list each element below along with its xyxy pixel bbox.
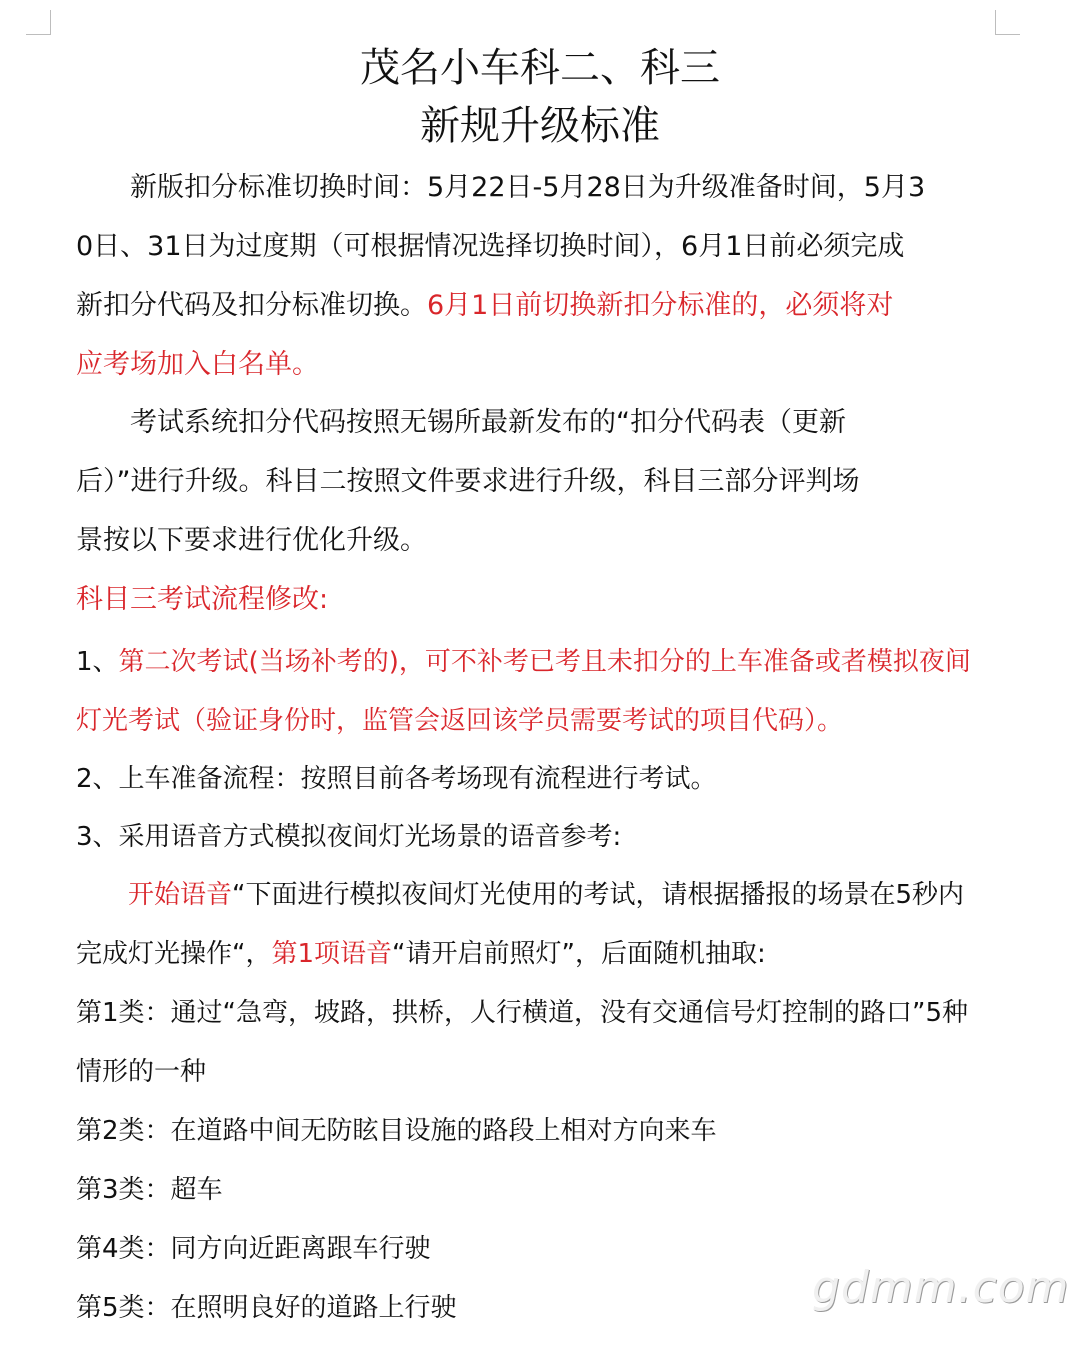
text-black: 完成灯光操作“， (76, 939, 271, 969)
category-text: 在照明良好的道路上行驶 (171, 1293, 457, 1323)
text-red-emphasis: 6月1日前切换新扣分标准的，必须将对 (427, 290, 893, 321)
page-corner-mark-top-right (995, 10, 1020, 35)
category-1-cont: 情形的一种 (76, 1051, 206, 1088)
category-text: 通过“急弯，坡路，拱桥，人行横道，没有交通信号灯控制的路口”5种 (171, 998, 968, 1028)
paragraph-line-red: 应考场加入白名单。 (76, 335, 1006, 394)
category-label: 第3类： (76, 1175, 171, 1205)
category-5: 第5类：在照明良好的道路上行驶 (76, 1287, 457, 1324)
text-black: “下面进行模拟夜间灯光使用的考试，请根据播报的场景在5秒内 (232, 880, 964, 910)
label-first-voice: 第1项语音 (271, 939, 392, 969)
list-item-number: 1、 (76, 647, 119, 677)
paragraph-line: 0日、31日为过度期（可根据情况选择切换时间），6月1日前必须完成 (76, 217, 1006, 276)
paragraph-line: 后）”进行升级。科目二按照文件要求进行升级，科目三部分评判场 (76, 452, 1006, 511)
voice-start-line: 开始语音“下面进行模拟夜间灯光使用的考试，请根据播报的场景在5秒内 (128, 874, 964, 911)
category-1: 第1类：通过“急弯，坡路，拱桥，人行横道，没有交通信号灯控制的路口”5种 (76, 992, 968, 1029)
category-3: 第3类：超车 (76, 1169, 223, 1206)
document-title-line2: 新规升级标准 (0, 98, 1080, 154)
document-title-line1: 茂名小车科二、科三 (0, 40, 1080, 96)
category-4: 第4类：同方向近距离跟车行驶 (76, 1228, 431, 1265)
category-text: 超车 (171, 1175, 223, 1205)
category-text: 同方向近距离跟车行驶 (171, 1234, 431, 1264)
category-2: 第2类：在道路中间无防眩目设施的路段上相对方向来车 (76, 1110, 717, 1147)
page-corner-mark-top-left (26, 10, 51, 35)
category-label: 第2类： (76, 1116, 171, 1146)
category-text: 在道路中间无防眩目设施的路段上相对方向来车 (171, 1116, 717, 1146)
section-heading: 科目三考试流程修改: (76, 570, 1006, 629)
paragraph-line: 新扣分代码及扣分标准切换。6月1日前切换新扣分标准的，必须将对 (76, 276, 1006, 335)
list-item-1-cont: 灯光考试（验证身份时，监管会返回该学员需要考试的项目代码）。 (76, 700, 843, 737)
category-label: 第4类： (76, 1234, 171, 1264)
voice-line-2: 完成灯光操作“，第1项语音“请开启前照灯”，后面随机抽取: (76, 933, 766, 970)
list-item-1: 1、第二次考试(当场补考的)，可不补考已考且未扣分的上车准备或者模拟夜间 (76, 641, 971, 678)
paragraph-line: 景按以下要求进行优化升级。 (76, 511, 1006, 570)
text-black: 新扣分代码及扣分标准切换。 (76, 290, 427, 321)
text-black: “请开启前照灯”，后面随机抽取: (392, 939, 766, 969)
list-item-3: 3、采用语音方式模拟夜间灯光场景的语音参考: (76, 816, 621, 853)
paragraph-line: 考试系统扣分代码按照无锡所最新发布的“扣分代码表（更新 (76, 393, 1006, 452)
list-item-2: 2、上车准备流程：按照目前各考场现有流程进行考试。 (76, 758, 717, 795)
label-start-voice: 开始语音 (128, 880, 232, 910)
text-red-emphasis: 第二次考试(当场补考的)，可不补考已考且未扣分的上车准备或者模拟夜间 (119, 647, 971, 677)
category-label: 第5类： (76, 1293, 171, 1323)
category-label: 第1类： (76, 998, 171, 1028)
paragraph-line: 新版扣分标准切换时间：5月22日-5月28日为升级准备时间，5月3 (76, 158, 1006, 217)
watermark: gdmm.com (812, 1262, 1070, 1313)
